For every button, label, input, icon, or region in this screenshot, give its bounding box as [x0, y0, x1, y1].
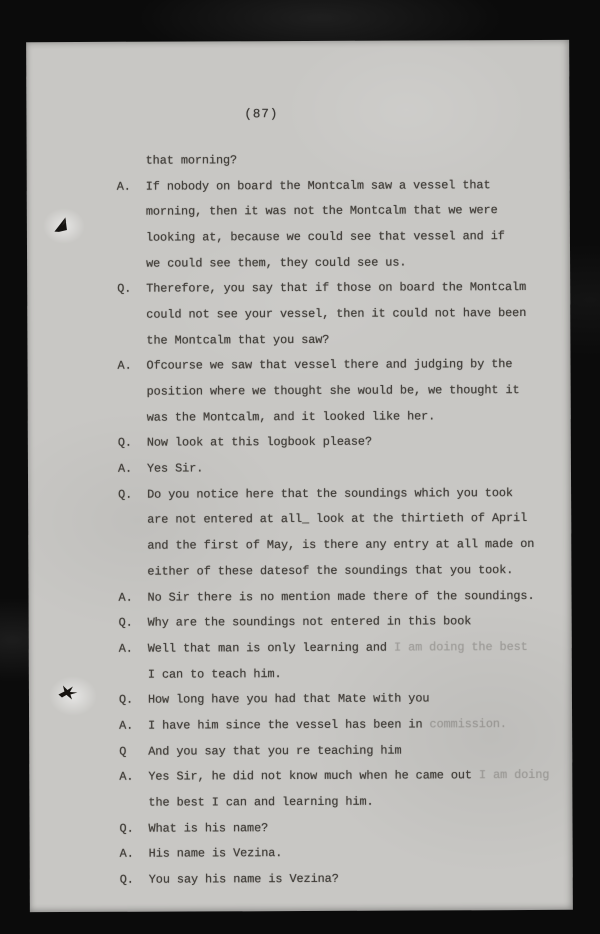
- line-text: Yes Sir, he did not know much when he ca…: [148, 769, 479, 784]
- speaker-label: A.: [119, 719, 148, 733]
- transcript-line: Q.Now look at this logbook please?: [118, 428, 555, 456]
- transcript-line: Q.You say his name is Vezina?: [120, 865, 557, 893]
- faded-line-text: I am doing the best: [394, 640, 528, 655]
- transcript-line: position where we thought she would be, …: [118, 377, 555, 405]
- line-text: I have him since the vessel has been in: [148, 717, 429, 732]
- speaker-label: A.: [118, 462, 147, 476]
- transcript-line: A.Yes Sir.: [118, 454, 555, 482]
- line-text: How long have you had that Mate with you: [148, 692, 429, 707]
- line-text: Why are the soundings not entered in thi…: [148, 614, 472, 629]
- line-text: that morning?: [146, 153, 238, 167]
- line-text: either of these datesof the soundings th…: [147, 563, 513, 579]
- transcript-line: Q.Do you notice here that the soundings …: [118, 480, 555, 508]
- document-page: (87) that morning?A.If nobody on board t…: [26, 40, 573, 912]
- line-text: Do you notice here that the soundings wh…: [147, 486, 513, 502]
- transcript-line: A.No Sir there is no mention made there …: [118, 583, 555, 611]
- transcript-line: are not entered at all_ look at the thir…: [118, 506, 555, 534]
- transcript-line: the best I can and learning him.: [119, 788, 556, 816]
- transcript-line: Q.What is his name?: [119, 814, 556, 842]
- page-number: (87): [26, 106, 496, 122]
- transcript-line: A.His name is Vezina.: [120, 839, 557, 867]
- line-text: I can to teach him.: [148, 667, 282, 682]
- speaker-label: Q.: [119, 616, 148, 630]
- line-text: What is his name?: [149, 821, 269, 836]
- line-text: looking at, because we could see that ve…: [146, 229, 505, 245]
- line-text: No Sir there is no mention made there of…: [147, 589, 534, 605]
- line-text: If nobody on board the Montcalm saw a ve…: [146, 178, 491, 194]
- transcript-line: we could see them, they could see us.: [117, 249, 554, 277]
- speaker-label: A.: [120, 847, 149, 861]
- line-text: are not entered at all_ look at the thir…: [147, 511, 527, 527]
- line-text: Ofcourse we saw that vessel there and ju…: [146, 357, 512, 373]
- line-text: Yes Sir.: [147, 462, 203, 476]
- transcript-line: Q.How long have you had that Mate with y…: [119, 685, 556, 713]
- transcript-line: and the first of May, is there any entry…: [118, 531, 555, 559]
- transcript-line: was the Montcalm, and it looked like her…: [118, 403, 555, 431]
- transcript-line: A.Well that man is only learning and I a…: [119, 634, 556, 662]
- speaker-label: Q.: [117, 282, 146, 296]
- speaker-label: Q: [119, 744, 148, 758]
- line-text: was the Montcalm, and it looked like her…: [147, 409, 436, 424]
- transcript-line: either of these datesof the soundings th…: [118, 557, 555, 585]
- faded-line-text: commission.: [429, 717, 506, 731]
- transcript-line: A.If nobody on board the Montcalm saw a …: [117, 172, 554, 200]
- transcript-line: Q.Therefore, you say that if those on bo…: [117, 274, 554, 302]
- transcript-line: QAnd you say that you re teaching him: [119, 737, 556, 765]
- transcript-line: A.Ofcourse we saw that vessel there and …: [117, 351, 554, 379]
- line-text: Now look at this logbook please?: [147, 435, 372, 450]
- transcript-line: morning, then it was not the Montcalm th…: [117, 197, 554, 225]
- transcript-line: the Montcalm that you saw?: [117, 326, 554, 354]
- transcript-lines: that morning?A.If nobody on board the Mo…: [117, 146, 557, 893]
- line-text: the Montcalm that you saw?: [146, 333, 329, 348]
- line-text: we could see them, they could see us.: [146, 255, 406, 270]
- transcript-line: that morning?: [117, 146, 554, 174]
- line-text: could not see your vessel, then it could…: [146, 306, 526, 322]
- transcript-line: A.I have him since the vessel has been i…: [119, 711, 556, 739]
- ink-blot-splat-icon: [58, 684, 78, 700]
- line-text: position where we thought she would be, …: [147, 383, 520, 399]
- transcript-line: I can to teach him.: [119, 660, 556, 688]
- speaker-label: Q.: [118, 436, 147, 450]
- speaker-label: Q.: [119, 693, 148, 707]
- speaker-label: A.: [117, 179, 146, 193]
- line-text: You say his name is Vezina?: [149, 872, 339, 887]
- line-text: His name is Vezina.: [149, 846, 283, 861]
- speaker-label: A.: [119, 770, 148, 784]
- line-text: Well that man is only learning and: [148, 640, 394, 655]
- faded-line-text: I am doing: [479, 768, 549, 782]
- transcript-line: could not see your vessel, then it could…: [117, 300, 554, 328]
- speaker-label: A.: [119, 642, 148, 656]
- line-text: morning, then it was not the Montcalm th…: [146, 203, 498, 219]
- ink-blot-triangle-icon: [53, 216, 69, 233]
- scanner-background: { "colors": { "scanner_background": "#0b…: [0, 0, 600, 934]
- line-text: Therefore, you say that if those on boar…: [146, 280, 526, 296]
- transcript-line: looking at, because we could see that ve…: [117, 223, 554, 251]
- line-text: the best I can and learning him.: [148, 795, 373, 810]
- speaker-label: Q.: [120, 821, 149, 835]
- speaker-label: A.: [118, 590, 147, 604]
- transcript-line: Q.Why are the soundings not entered in t…: [119, 608, 556, 636]
- line-text: And you say that you re teaching him: [148, 743, 401, 758]
- transcript-line: A.Yes Sir, he did not know much when he …: [119, 762, 556, 790]
- speaker-label: A.: [117, 359, 146, 373]
- speaker-label: Q.: [120, 873, 149, 887]
- line-text: and the first of May, is there any entry…: [147, 537, 534, 553]
- speaker-label: Q.: [118, 487, 147, 501]
